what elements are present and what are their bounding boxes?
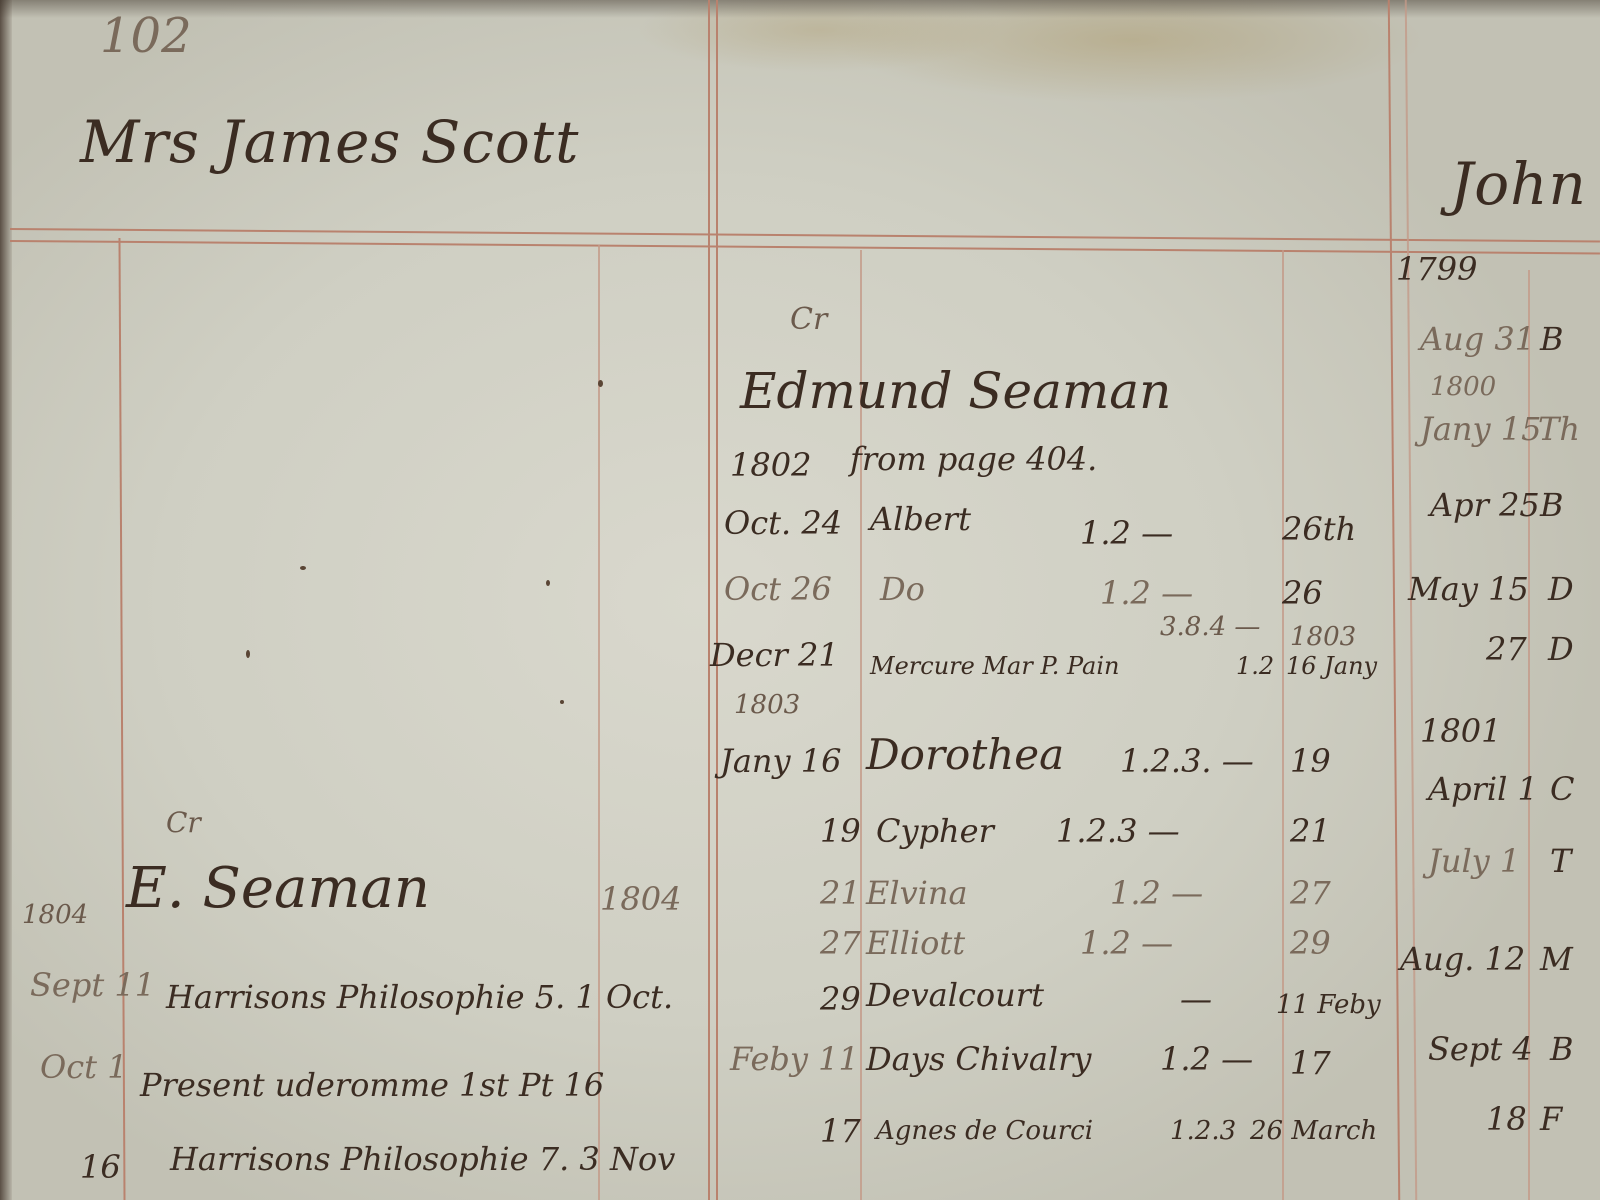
entry-date: 17 <box>820 1112 861 1150</box>
entry-quantity: 1.2 — <box>1080 924 1173 962</box>
right-page-rule-a <box>1388 0 1400 1200</box>
credit-mark: Cr <box>790 302 827 337</box>
entry-description: Dorothea <box>866 730 1064 779</box>
entry-date: Apr 25 <box>1430 486 1540 524</box>
entry-description: D <box>1548 630 1574 668</box>
entry-date: Oct 1 <box>40 1048 128 1086</box>
entry-date: 29 <box>820 980 861 1018</box>
entry-date: Decr 21 <box>710 636 839 674</box>
ink-speck <box>560 700 564 704</box>
entry-date: 19 <box>820 812 861 850</box>
entry-description: Harrisons Philosophie 5. 1 Oct. <box>166 978 673 1016</box>
entry-date: July 1 <box>1428 842 1520 880</box>
credit-mark: Cr <box>166 806 201 839</box>
entry-description: Cypher <box>876 812 994 850</box>
entry-description: Harrisons Philosophie 7. 3 Nov <box>170 1140 675 1178</box>
entry-description: Present uderomme 1st Pt 16 <box>140 1066 604 1104</box>
center-divider-rule-b <box>716 0 718 1200</box>
entry-description: Do <box>880 570 925 608</box>
entry-date: Jany 15 <box>1420 410 1541 448</box>
entry-reference: 21 <box>1290 812 1331 850</box>
page-number: 102 <box>100 8 192 64</box>
entry-date: Sept 4 <box>1428 1030 1533 1068</box>
ledger-page: 102 Mrs James Scott John Cr Edmund Seama… <box>0 0 1600 1200</box>
entry-quantity: 1.2 — <box>1110 874 1203 912</box>
entry-description: T <box>1550 842 1571 880</box>
entry-description: Th <box>1538 410 1580 448</box>
entry-date: 27 <box>1486 630 1527 668</box>
entry-quantity: 1.2 — <box>1160 1040 1253 1078</box>
entry-reference: 17 <box>1290 1044 1331 1082</box>
section-title-e-seaman: E. Seaman <box>126 856 430 921</box>
entry-date: 21 <box>820 874 861 912</box>
entry-date: Aug 31 <box>1420 320 1535 358</box>
entry-description: Devalcourt <box>866 976 1044 1014</box>
page-shadow <box>0 0 1600 18</box>
entry-date: May 15 <box>1408 570 1529 608</box>
entry-date: Jany 16 <box>720 742 841 780</box>
entry-description: B <box>1540 486 1564 524</box>
ink-speck <box>246 650 250 658</box>
entry-description: Elliott <box>866 924 965 962</box>
entry-date: 18 <box>1486 1100 1527 1138</box>
ink-speck <box>300 566 306 570</box>
ink-speck <box>546 580 550 586</box>
entry-date: 27 <box>820 924 861 962</box>
entry-description: Agnes de Courci <box>876 1116 1093 1146</box>
entry-description: F <box>1540 1100 1562 1138</box>
year-marker: 1804 <box>22 900 88 930</box>
center-divider-rule-a <box>708 0 710 1200</box>
entry-reference: 1803 <box>1290 622 1356 652</box>
entry-reference: 26 <box>1282 574 1323 612</box>
entry-date: Oct 26 <box>724 570 832 608</box>
entry-description: Days Chivalry <box>866 1040 1092 1078</box>
book-spine-edge <box>0 0 12 1200</box>
entry-description: Elvina <box>866 874 968 912</box>
account-name-mrs-james-scott: Mrs James Scott <box>80 108 579 176</box>
entry-reference: 27 <box>1290 874 1331 912</box>
year-marker: 1801 <box>1420 712 1501 750</box>
section-year: 1804 <box>600 880 681 918</box>
ink-speck <box>598 380 603 387</box>
section-title-edmund-seaman: Edmund Seaman <box>740 362 1171 420</box>
entry-reference: 26 March <box>1250 1116 1377 1146</box>
entry-date: April 1 <box>1428 770 1538 808</box>
year-marker: 1803 <box>734 690 800 720</box>
entry-description: M <box>1540 940 1573 978</box>
year-marker: 1799 <box>1396 250 1477 288</box>
middle-amount-rule <box>1282 250 1284 1200</box>
entry-description: B <box>1550 1030 1574 1068</box>
entry-quantity: 1.2.3 — <box>1056 812 1180 850</box>
entry-description: C <box>1550 770 1574 808</box>
year-marker: 1800 <box>1430 372 1496 402</box>
entry-date: Oct. 24 <box>724 504 842 542</box>
entry-date: 1802 <box>730 446 811 484</box>
entry-quantity: 1.2 — <box>1080 514 1173 552</box>
entry-description: from page 404. <box>850 440 1097 478</box>
entry-date: Feby 11 <box>730 1040 859 1078</box>
entry-reference: 19 <box>1290 742 1331 780</box>
entry-description: Mercure Mar P. Pain <box>870 652 1120 680</box>
entry-quantity: 1.2.3. — <box>1120 742 1254 780</box>
account-name-john: John <box>1450 150 1587 218</box>
entry-description: D <box>1548 570 1574 608</box>
entry-reference: 29 <box>1290 924 1331 962</box>
entry-date: Aug. 12 <box>1400 940 1525 978</box>
entry-quantity: 1.2.3 <box>1170 1116 1236 1146</box>
entry-quantity: 3.8.4 — <box>1160 612 1260 642</box>
entry-reference: 16 Jany <box>1286 652 1377 680</box>
entry-date: 16 <box>80 1148 121 1186</box>
entry-description: Albert <box>870 500 971 538</box>
entry-date: Sept 11 <box>30 966 155 1004</box>
entry-quantity: — <box>1180 980 1212 1018</box>
header-rule-top <box>10 228 1600 242</box>
header-rule-bottom <box>10 240 1600 254</box>
entry-reference: 11 Feby <box>1276 990 1381 1020</box>
left-amount-rule <box>598 245 600 1200</box>
entry-description: B <box>1540 320 1564 358</box>
entry-quantity: 1.2 — <box>1100 574 1193 612</box>
entry-reference: 26th <box>1282 510 1356 548</box>
entry-quantity: 1.2 <box>1236 652 1274 680</box>
